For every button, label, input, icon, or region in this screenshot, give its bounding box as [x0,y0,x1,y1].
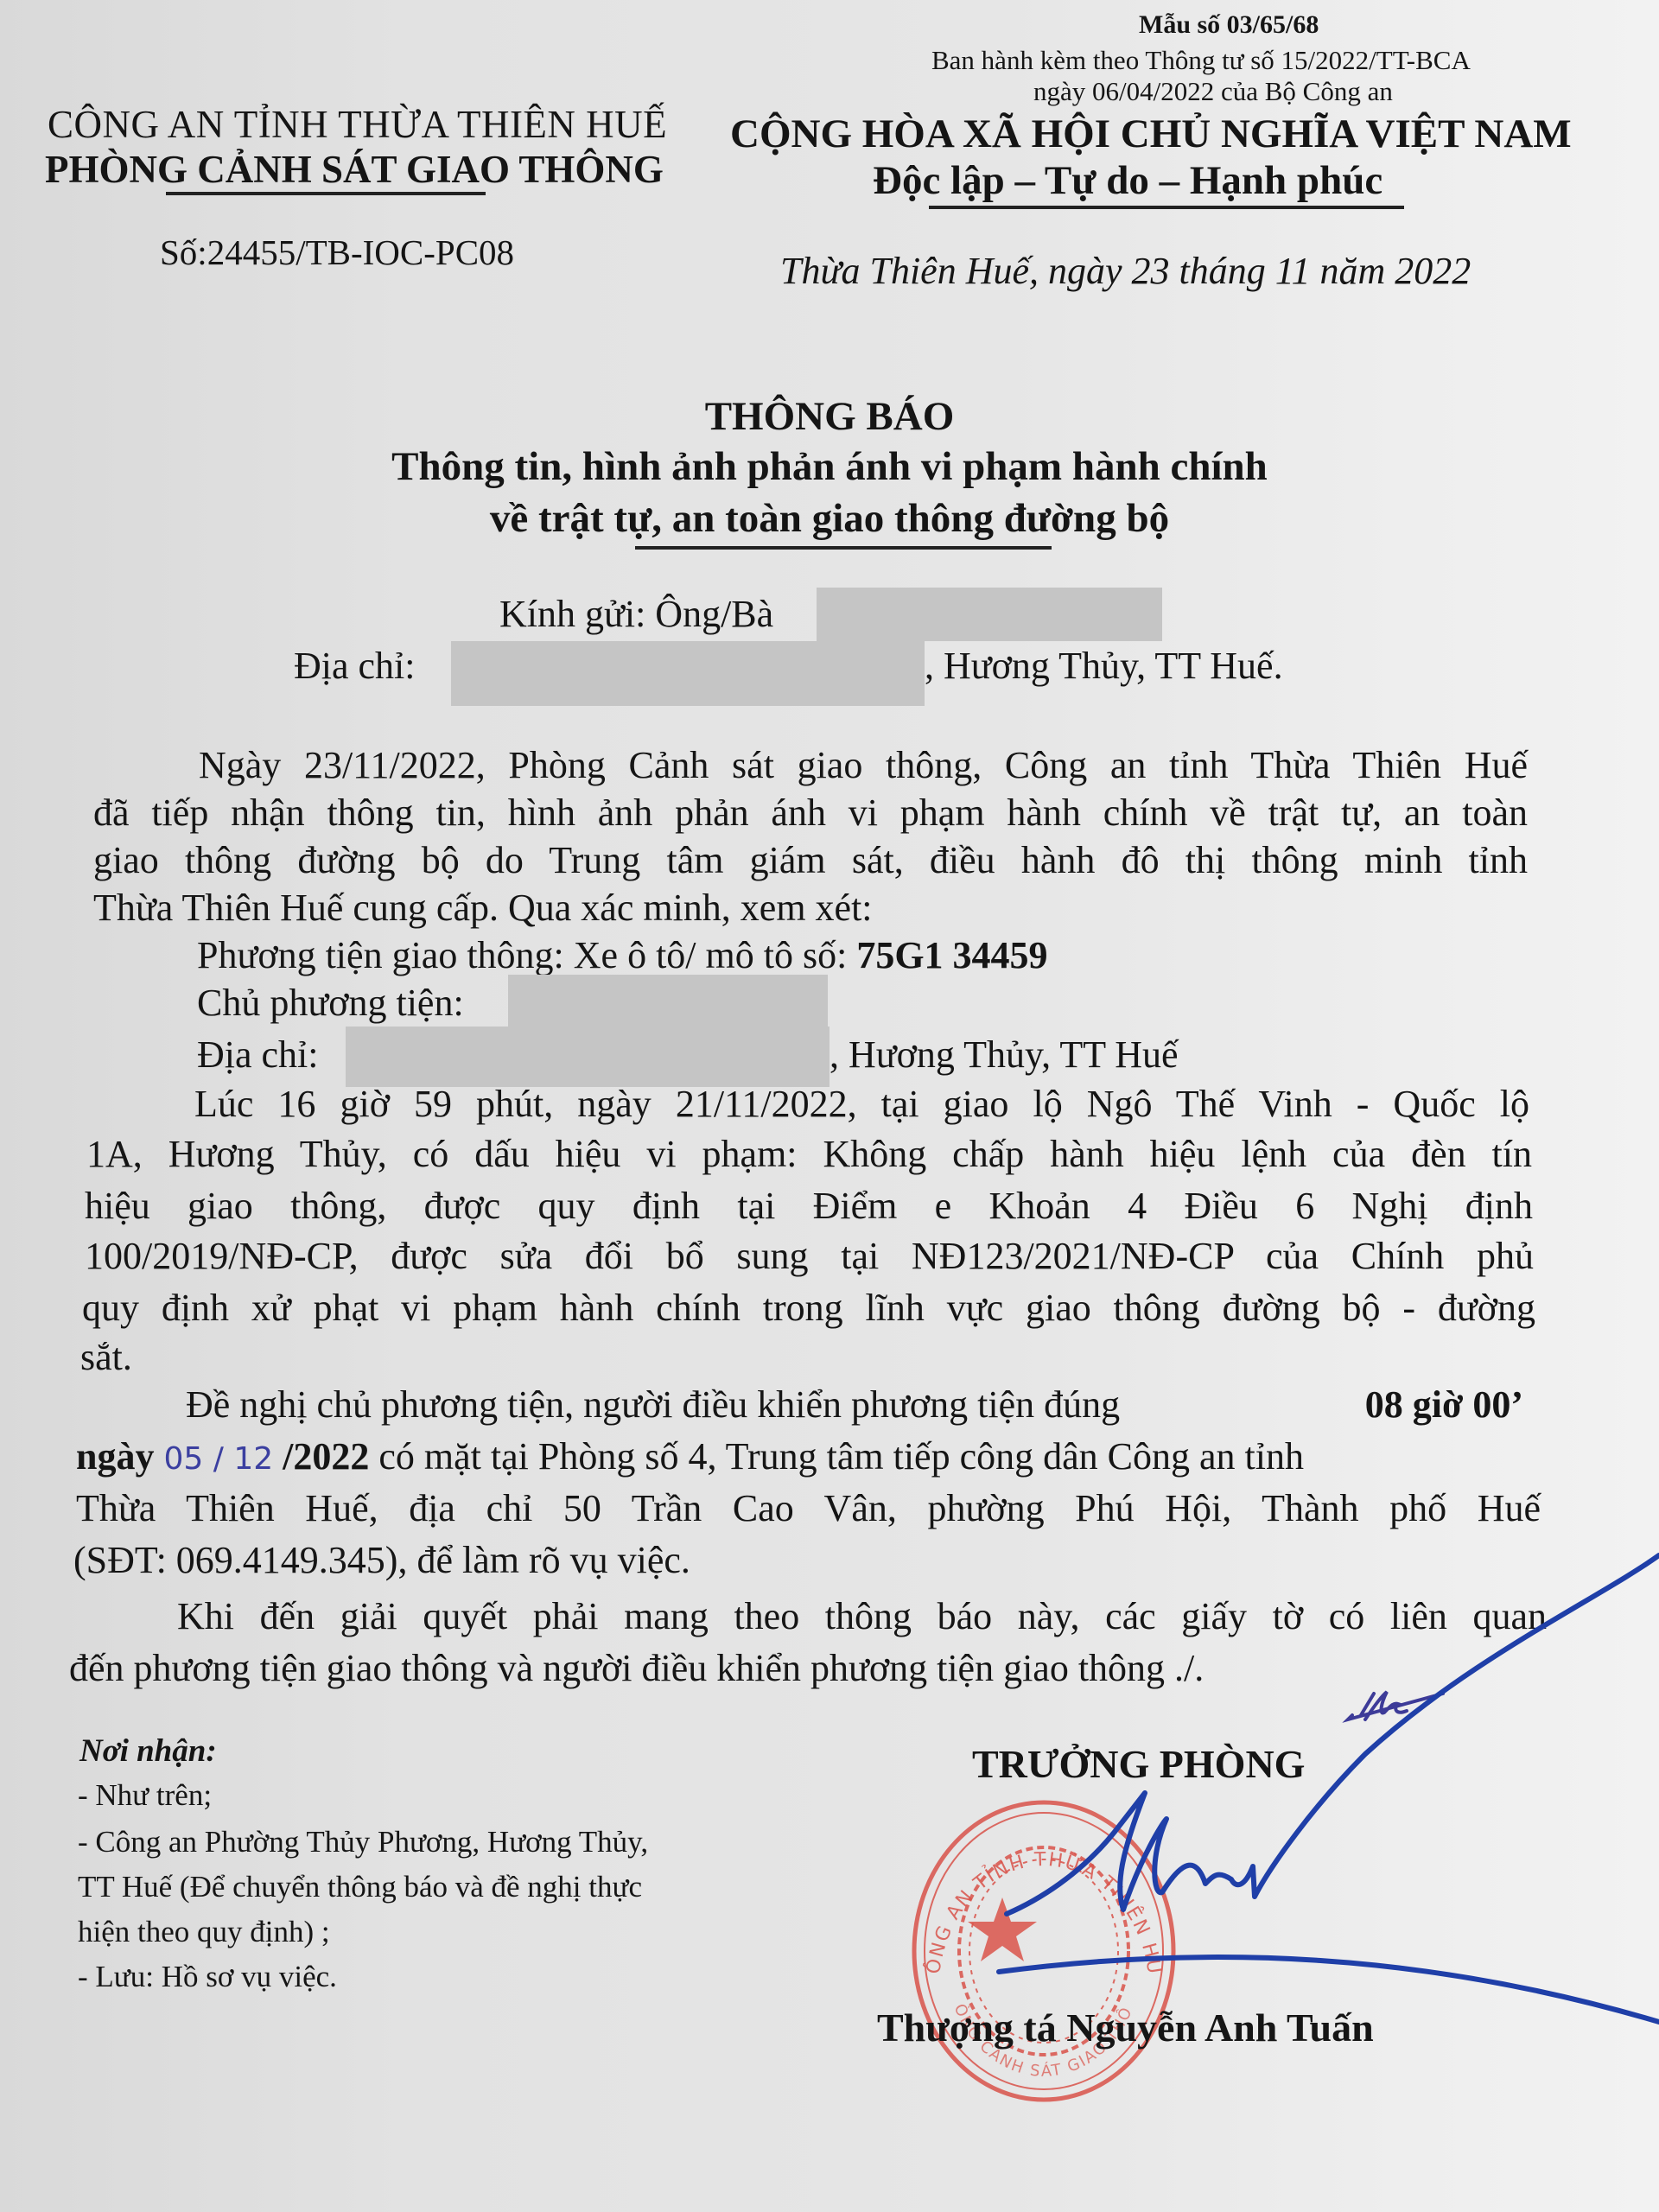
divider [929,206,1404,209]
recipient-address-label: Địa chỉ: [294,644,416,688]
paragraph-line: ngày 05 / 12 /2022 có mặt tại Phòng số 4… [76,1434,1304,1478]
recipient-label: Kính gửi: Ông/Bà [499,592,773,636]
redacted-recipient-name [817,588,1162,641]
document-subtitle: Thông tin, hình ảnh phản ánh vi phạm hàn… [0,443,1659,490]
paragraph-line: giao thông đường bộ do Trung tâm giám sá… [93,838,1528,882]
date-slash: / [203,1441,233,1477]
svg-text:CÔNG AN TỈNH THỪA THIÊN HUẾ: CÔNG AN TỈNH THỪA THIÊN HUẾ [906,1796,1165,1977]
cc-item: - Công an Phường Thủy Phương, Hương Thủy… [78,1825,648,1859]
vehicle-label: Phương tiện giao thông: Xe ô tô/ mô tô s… [197,934,856,976]
paragraph-line: Đề nghị chủ phương tiện, người điều khiể… [186,1382,1523,1427]
redacted-owner-address [346,1027,829,1087]
nation-name: CỘNG HÒA XÃ HỘI CHỦ NGHĨA VIỆT NAM [730,111,1572,157]
document-number: Số:24455/TB-IOC-PC08 [160,232,514,273]
recipient-address-suffix: , Hương Thủy, TT Huế. [925,644,1283,688]
document-subtitle: về trật tự, an toàn giao thông đường bộ [0,495,1659,542]
official-seal: CÔNG AN TỈNH THỪA THIÊN HUẾ PHÒNG CẢNH S… [906,1796,1182,2107]
form-issued-date: ngày 06/04/2022 của Bộ Công an [1033,76,1393,107]
appointment-location: có mặt tại Phòng số 4, Trung tâm tiếp cô… [369,1435,1304,1478]
divider [166,192,486,195]
handwritten-day: 05 [163,1441,203,1477]
cc-item: - Như trên; [78,1778,212,1813]
paragraph-line: hiệu giao thông, được quy định tại Điểm … [85,1184,1533,1228]
owner-address-suffix: , Hương Thủy, TT Huế [829,1033,1179,1077]
request-text: Đề nghị chủ phương tiện, người điều khiể… [186,1382,1120,1427]
form-issued-line: Ban hành kèm theo Thông tư số 15/2022/TT… [931,45,1471,76]
cc-item: - Lưu: Hồ sơ vụ việc. [78,1960,337,1994]
paragraph-line: đến phương tiện giao thông và người điều… [69,1646,1204,1690]
paragraph-line: 100/2019/NĐ-CP, được sửa đổi bổ sung tại… [85,1234,1534,1278]
paragraph-line: Thừa Thiên Huế cung cấp. Qua xác minh, x… [93,886,873,930]
owner-address-label: Địa chỉ: [197,1033,319,1077]
vehicle-plate: 75G1 34459 [856,934,1047,976]
paragraph-line: Lúc 16 giờ 59 phút, ngày 21/11/2022, tại… [194,1082,1529,1126]
national-motto: Độc lập – Tự do – Hạnh phúc [873,157,1382,204]
handwritten-month: 12 [233,1441,273,1477]
divider [635,546,1052,550]
agency-parent: CÔNG AN TỈNH THỪA THIÊN HUẾ [48,102,667,147]
paragraph-line: sắt. [80,1335,132,1379]
redacted-recipient-address [451,641,925,706]
vehicle-line: Phương tiện giao thông: Xe ô tô/ mô tô s… [197,933,1048,977]
place-date: Thừa Thiên Huế, ngày 23 tháng 11 năm 202… [780,249,1471,293]
paragraph-line: quy định xử phạt vi phạm hành chính tron… [82,1286,1535,1330]
owner-label: Chủ phương tiện: [197,981,464,1025]
appointment-time: 08 giờ 00’ [1365,1382,1523,1427]
form-number: Mẫu số 03/65/68 [1139,10,1319,40]
paragraph-line: Khi đến giải quyết phải mang theo thông … [177,1594,1547,1638]
paragraph-line: Thừa Thiên Huế, địa chỉ 50 Trần Cao Vân,… [76,1486,1541,1530]
paragraph-line: đã tiếp nhận thông tin, hình ảnh phản án… [93,791,1528,835]
stamp-text-top: CÔNG AN TỈNH THỪA THIÊN HUẾ [906,1796,1165,1977]
cc-item: TT Huế (Để chuyển thông báo và đề nghị t… [78,1870,642,1904]
appointment-year: /2022 [283,1435,369,1478]
paragraph-line: Ngày 23/11/2022, Phòng Cảnh sát giao thô… [199,743,1528,787]
document-title: THÔNG BÁO [0,393,1659,440]
contact-phone-line: (SĐT: 069.4149.345), để làm rõ vụ việc. [73,1538,690,1582]
cc-item: hiện theo quy định) ; [78,1915,330,1949]
agency-department: PHÒNG CẢNH SÁT GIAO THÔNG [45,147,664,192]
signer-name: Thượng tá Nguyễn Anh Tuấn [877,2005,1374,2050]
signer-title: TRƯỞNG PHÒNG [972,1741,1305,1787]
date-label: ngày [76,1435,154,1478]
paragraph-line: 1A, Hương Thủy, có dấu hiệu vi phạm: Khô… [86,1132,1532,1176]
cc-label: Nơi nhận: [79,1732,217,1770]
